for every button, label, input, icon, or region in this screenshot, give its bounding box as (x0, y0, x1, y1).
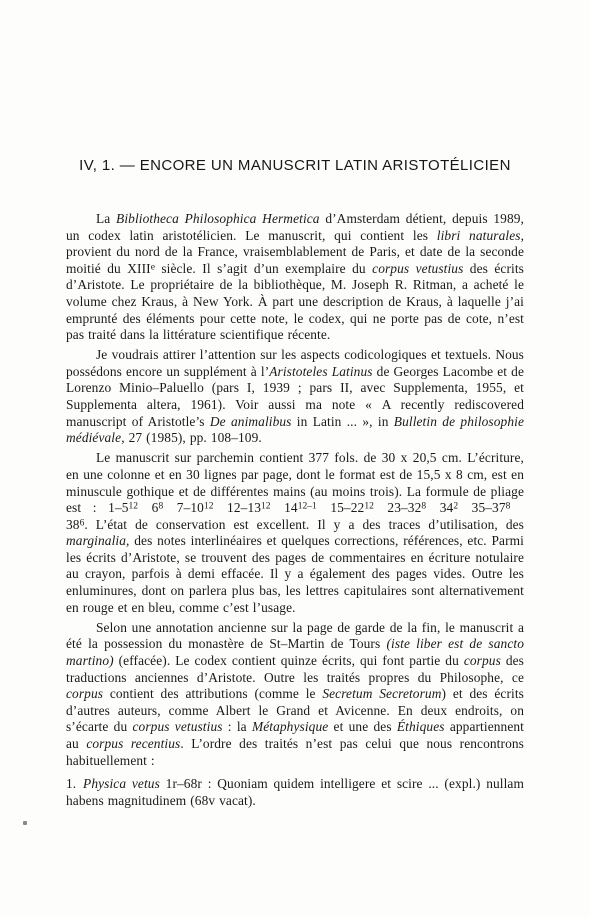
list-item: 1. Physica vetus 1r–68r : Quoniam quidem… (66, 776, 524, 809)
paragraph: Je voudrais attirer l’attention sur les … (66, 347, 524, 447)
paragraph: Le manuscrit sur parchemin contient 377 … (66, 450, 524, 616)
article-body: La Bibliotheca Philosophica Hermetica d’… (66, 211, 524, 809)
paragraph: La Bibliotheca Philosophica Hermetica d’… (66, 211, 524, 344)
page-content: IV, 1. — ENCORE UN MANUSCRIT LATIN ARIST… (66, 157, 524, 813)
scan-artifact-dot (23, 821, 27, 825)
article-title: IV, 1. — ENCORE UN MANUSCRIT LATIN ARIST… (66, 157, 524, 174)
document-page: IV, 1. — ENCORE UN MANUSCRIT LATIN ARIST… (0, 0, 589, 917)
paragraph: Selon une annotation ancienne sur la pag… (66, 620, 524, 769)
